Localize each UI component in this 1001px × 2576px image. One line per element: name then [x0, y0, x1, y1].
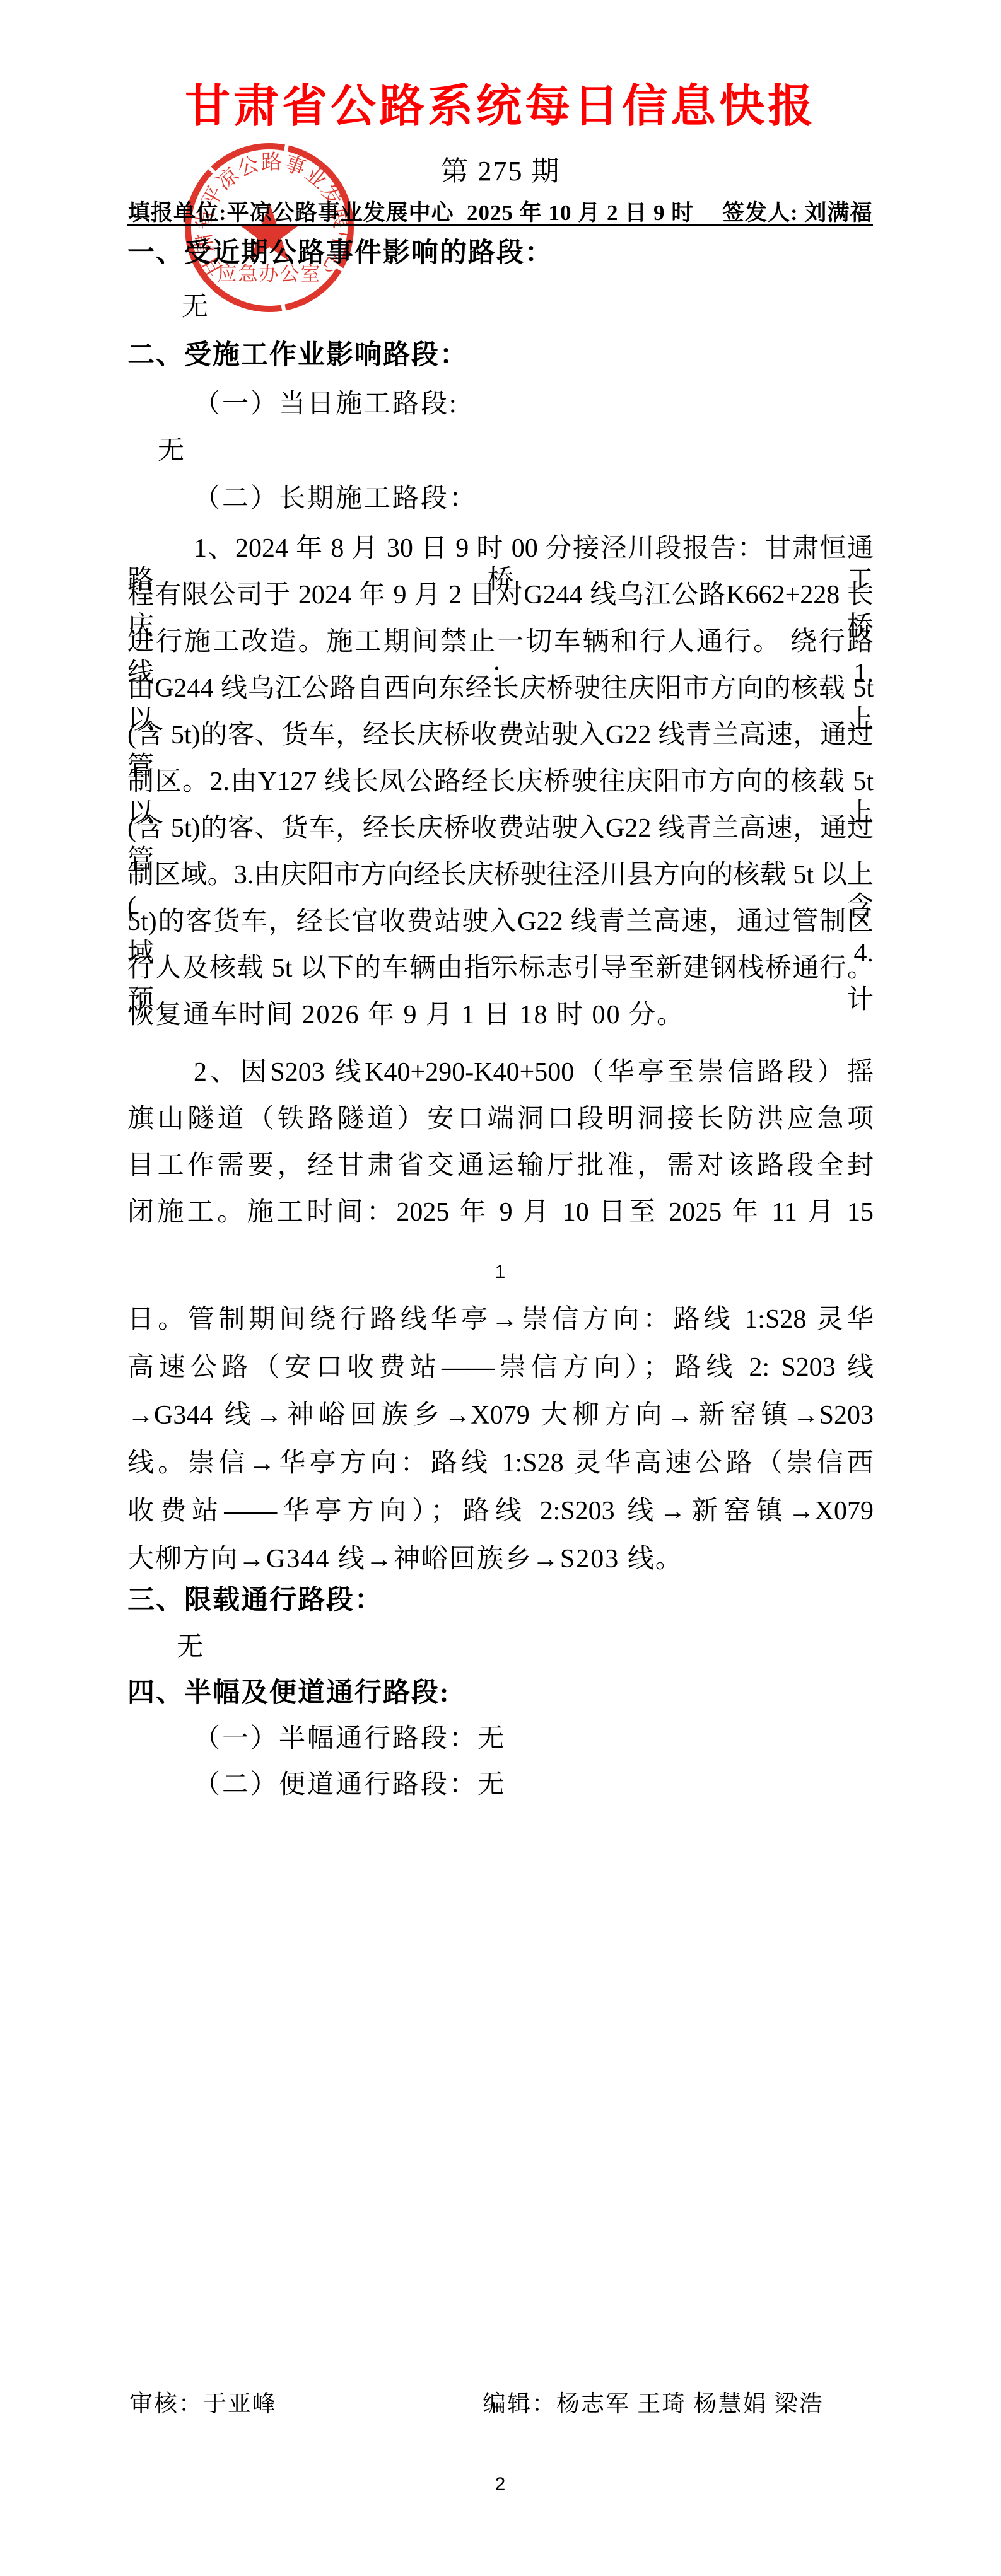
- para2-line: 目工作需要，经甘肃省交通运输厅批准，需对该路段全封: [127, 1150, 874, 1181]
- section1-heading: 一、受近期公路事件影响的路段：: [127, 237, 553, 270]
- section1-value: 无: [182, 291, 208, 323]
- para3-line: 收费站——华亭方向）；路线 2:S203 线→新窑镇→X079: [127, 1495, 874, 1527]
- header-date: 2025 年 10 月 2 日 9 时: [467, 200, 694, 226]
- page-title: 甘肃省公路系统每日信息快报: [0, 79, 1001, 134]
- para3-line: 大柳方向→G344 线→神峪回族乡→S203 线。: [127, 1543, 683, 1575]
- para3-line: →G344 线→神峪回族乡→X079 大柳方向→新窑镇→S203: [127, 1400, 874, 1431]
- footer-editors: 编辑：杨志军 王琦 杨慧娟 梁浩: [483, 2391, 824, 2418]
- para3-line: 日。管制期间绕行路线华亭→崇信方向：路线 1:S28 灵华: [127, 1304, 874, 1335]
- section4-sub2: （二）便道通行路段：无: [194, 1769, 506, 1801]
- section3-heading: 三、限载通行路段：: [127, 1584, 383, 1617]
- para1-line: 恢复通车时间 2026 年 9 月 1 日 18 时 00 分。: [127, 999, 684, 1031]
- page1-number: 1: [0, 1261, 1000, 1284]
- section2-sub2-heading: （二）长期施工路段：: [194, 483, 477, 514]
- daily-bulletin-document: 甘肃省公路系统每日信息快报 第 275 期 填报单位:平凉公路事业发展中心 20…: [0, 0, 1001, 2576]
- para2-line: 2、因S203 线K40+290-K40+500（华亭至崇信路段）摇: [127, 1057, 874, 1088]
- para3-line: 线。崇信→华亭方向：路线 1:S28 灵华高速公路（崇信西: [127, 1448, 874, 1479]
- page2-number: 2: [0, 2473, 1000, 2496]
- section4-sub1: （一）半幅通行路段：无: [194, 1723, 506, 1755]
- seal-wear-mark: [283, 302, 285, 316]
- header-signer: 签发人: 刘满福: [722, 200, 872, 226]
- para2-line: 闭施工。施工时间：2025 年 9 月 10 日至 2025 年 11 月 15: [127, 1197, 874, 1228]
- section2-sub1-heading: （一）当日施工路段:: [194, 388, 459, 420]
- para3-line: 高速公路（安口收费站——崇信方向）；路线 2: S203 线: [127, 1352, 874, 1383]
- issue-number: 第 275 期: [0, 155, 1001, 189]
- footer-reviewer: 审核：于亚峰: [129, 2391, 277, 2418]
- section2-sub1-value: 无: [158, 435, 184, 467]
- section4-heading: 四、半幅及便道通行路段:: [127, 1677, 450, 1710]
- para2-line: 旗山隧道（铁路隧道）安口端洞口段明洞接长防洪应急项: [127, 1103, 874, 1135]
- section2-heading: 二、受施工作业影响路段：: [127, 339, 468, 372]
- section3-value: 无: [177, 1632, 203, 1663]
